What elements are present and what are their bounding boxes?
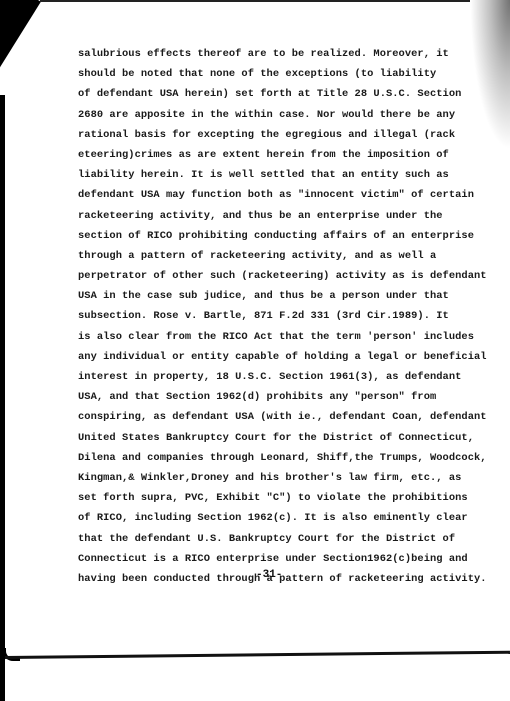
scan-artifact-top-edge xyxy=(40,0,470,2)
scan-artifact-bottom-edge xyxy=(5,651,510,659)
text-line: Dilena and companies through Leonard, Sh… xyxy=(78,448,498,468)
text-line: Connecticut is a RICO enterprise under S… xyxy=(78,549,498,569)
text-line: rational basis for excepting the egregio… xyxy=(78,125,498,145)
text-line: subsection. Rose v. Bartle, 871 F.2d 331… xyxy=(78,306,498,326)
text-line: interest in property, 18 U.S.C. Section … xyxy=(78,367,498,387)
document-body: salubrious effects thereof are to be rea… xyxy=(78,44,498,589)
text-line: liability herein. It is well settled tha… xyxy=(78,165,498,185)
text-line: of RICO, including Section 1962(c). It i… xyxy=(78,508,498,528)
text-line: USA, and that Section 1962(d) prohibits … xyxy=(78,387,498,407)
text-line: should be noted that none of the excepti… xyxy=(78,64,498,84)
text-line: conspiring, as defendant USA (with ie., … xyxy=(78,407,498,427)
text-line: salubrious effects thereof are to be rea… xyxy=(78,44,498,64)
text-line: 2680 are apposite in the within case. No… xyxy=(78,105,498,125)
text-line: through a pattern of racketeering activi… xyxy=(78,246,498,266)
text-line: of defendant USA herein) set forth at Ti… xyxy=(78,84,498,104)
page-number: -31- xyxy=(256,569,282,581)
text-line: Kingman,& Winkler,Droney and his brother… xyxy=(78,468,498,488)
text-line: USA in the case sub judice, and thus be … xyxy=(78,286,498,306)
text-line: section of RICO prohibiting conducting a… xyxy=(78,226,498,246)
scan-artifact-left-edge xyxy=(0,95,5,701)
text-line: defendant USA may function both as "inno… xyxy=(78,185,498,205)
text-line: is also clear from the RICO Act that the… xyxy=(78,327,498,347)
text-line: any individual or entity capable of hold… xyxy=(78,347,498,367)
scan-artifact-top-left xyxy=(0,0,41,121)
text-line: perpetrator of other such (racketeering)… xyxy=(78,266,498,286)
text-line: that the defendant U.S. Bankruptcy Court… xyxy=(78,529,498,549)
text-line: having been conducted through a pattern … xyxy=(78,569,498,589)
text-line: United States Bankruptcy Court for the D… xyxy=(78,428,498,448)
text-line: eteering)crimes as are extent herein fro… xyxy=(78,145,498,165)
text-line: set forth supra, PVC, Exhibit "C") to vi… xyxy=(78,488,498,508)
text-line: racketeering activity, and thus be an en… xyxy=(78,206,498,226)
scan-artifact-bottom-corner xyxy=(3,648,20,661)
